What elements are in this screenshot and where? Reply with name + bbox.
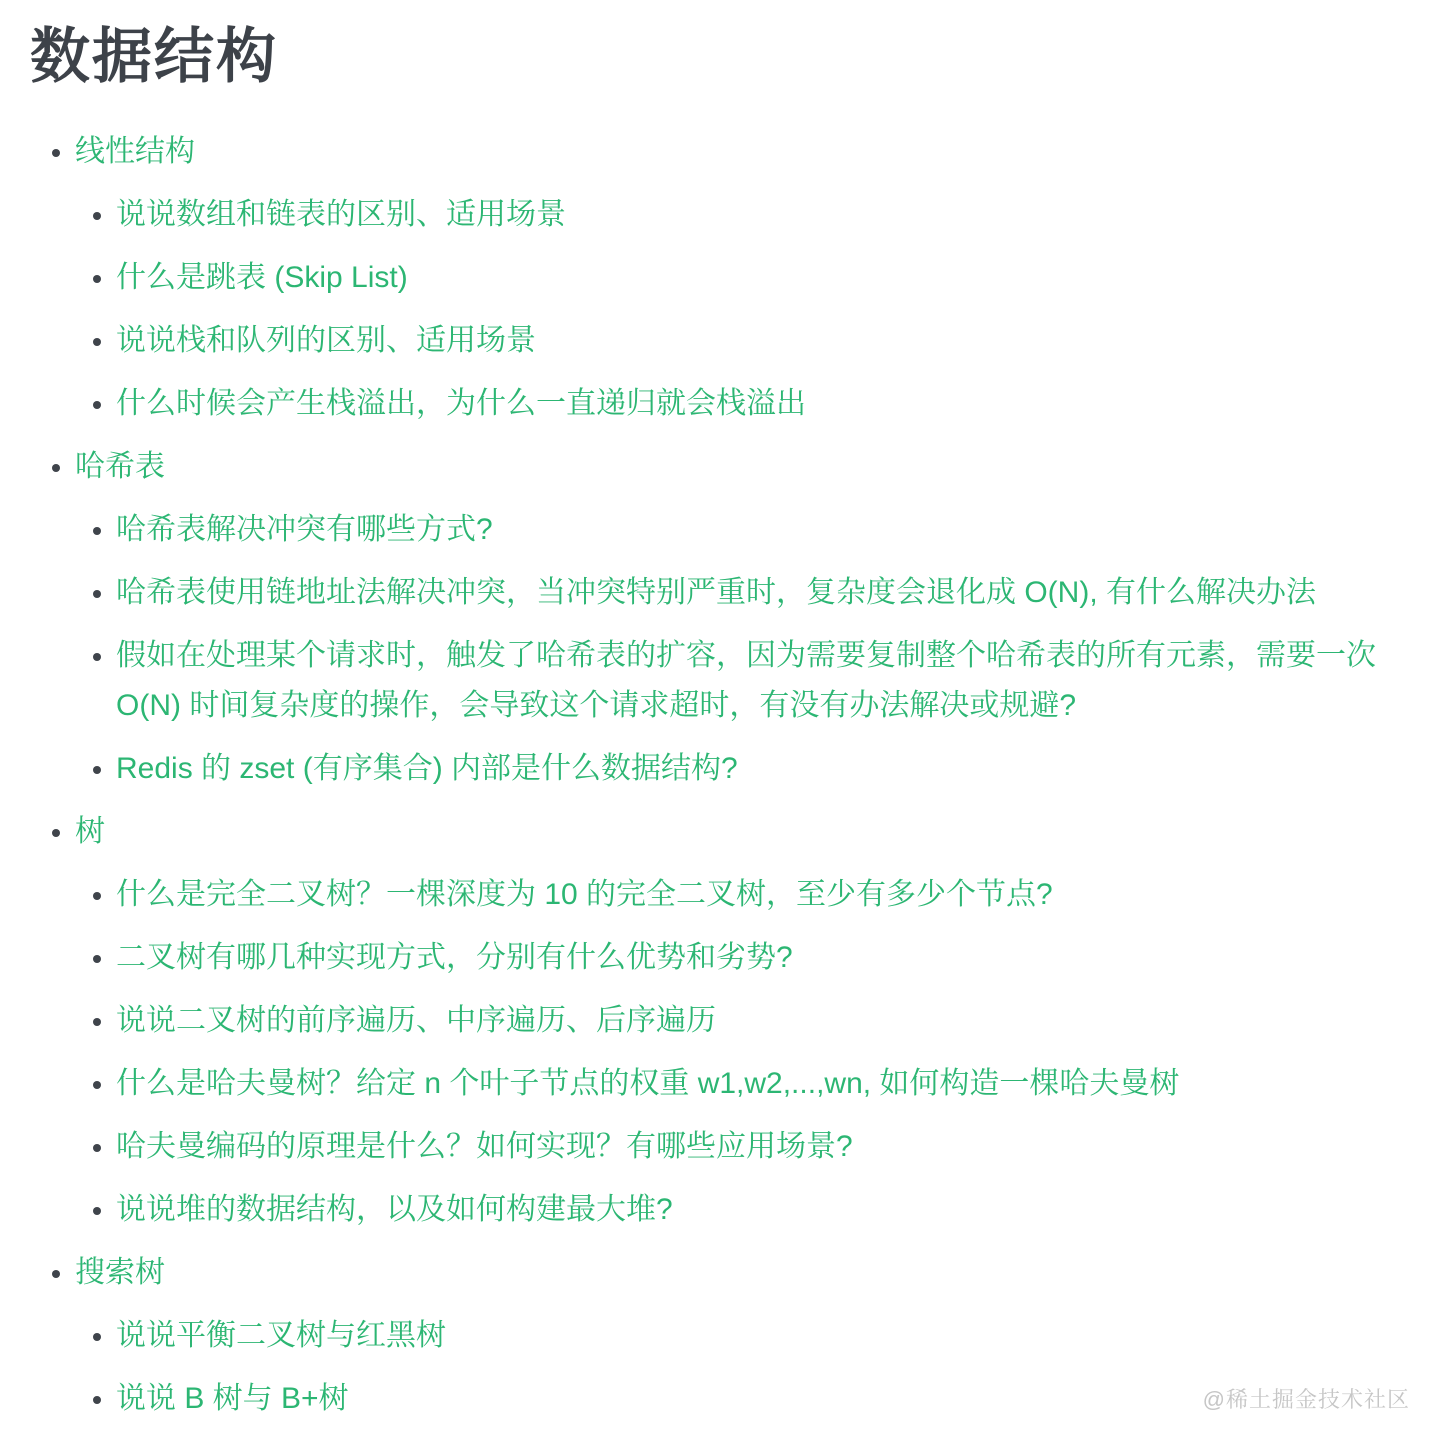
question-item: 说说数组和链表的区别、适用场景 bbox=[116, 190, 1386, 240]
question-item: 说说平衡二叉树与红黑树 bbox=[116, 1311, 1386, 1361]
question-link[interactable]: 哈希表使用链地址法解决冲突，当冲突特别严重时，复杂度会退化成 O(N), 有什么… bbox=[116, 576, 1316, 609]
question-link[interactable]: 说说二叉树的前序遍历、中序遍历、后序遍历 bbox=[116, 1004, 716, 1037]
section-question-list: 说说数组和链表的区别、适用场景什么是跳表 (Skip List)说说栈和队列的区… bbox=[75, 190, 1386, 429]
section-link[interactable]: 哈希表 bbox=[75, 450, 165, 483]
question-item: 哈希表使用链地址法解决冲突，当冲突特别严重时，复杂度会退化成 O(N), 有什么… bbox=[116, 568, 1386, 618]
question-item: 哈夫曼编码的原理是什么？如何实现？有哪些应用场景? bbox=[116, 1122, 1386, 1172]
question-item: 哈希表解决冲突有哪些方式? bbox=[116, 505, 1386, 555]
question-item: 说说堆的数据结构，以及如何构建最大堆? bbox=[116, 1185, 1386, 1235]
question-item: 什么是哈夫曼树？给定 n 个叶子节点的权重 w1,w2,...,wn, 如何构造… bbox=[116, 1059, 1386, 1109]
question-link[interactable]: 二叉树有哪几种实现方式，分别有什么优势和劣势? bbox=[116, 941, 793, 974]
question-item: 什么是完全二叉树？一棵深度为 10 的完全二叉树，至少有多少个节点? bbox=[116, 870, 1386, 920]
question-item: 二叉树有哪几种实现方式，分别有什么优势和劣势? bbox=[116, 933, 1386, 983]
article-page: 数据结构 线性结构说说数组和链表的区别、适用场景什么是跳表 (Skip List… bbox=[0, 0, 1440, 1440]
question-item: 什么是跳表 (Skip List) bbox=[116, 253, 1386, 303]
question-link[interactable]: 说说栈和队列的区别、适用场景 bbox=[116, 324, 536, 357]
question-link[interactable]: Redis 的 zset (有序集合) 内部是什么数据结构? bbox=[116, 752, 738, 785]
question-item: 假如在处理某个请求时，触发了哈希表的扩容，因为需要复制整个哈希表的所有元素，需要… bbox=[116, 631, 1386, 731]
question-item: 说说 B 树与 B+树 bbox=[116, 1374, 1386, 1424]
question-link[interactable]: 什么是完全二叉树？一棵深度为 10 的完全二叉树，至少有多少个节点? bbox=[116, 878, 1053, 911]
question-link[interactable]: 哈夫曼编码的原理是什么？如何实现？有哪些应用场景? bbox=[116, 1130, 853, 1163]
question-item: 什么时候会产生栈溢出，为什么一直递归就会栈溢出 bbox=[116, 379, 1386, 429]
question-link[interactable]: 假如在处理某个请求时，触发了哈希表的扩容，因为需要复制整个哈希表的所有元素，需要… bbox=[116, 639, 1376, 722]
outline-section: 搜索树说说平衡二叉树与红黑树说说 B 树与 B+树 bbox=[75, 1248, 1386, 1424]
section-link[interactable]: 搜索树 bbox=[75, 1256, 165, 1289]
question-item: 说说栈和队列的区别、适用场景 bbox=[116, 316, 1386, 366]
outline-section: 线性结构说说数组和链表的区别、适用场景什么是跳表 (Skip List)说说栈和… bbox=[75, 127, 1386, 429]
section-question-list: 什么是完全二叉树？一棵深度为 10 的完全二叉树，至少有多少个节点?二叉树有哪几… bbox=[75, 870, 1386, 1235]
outline-section: 树什么是完全二叉树？一棵深度为 10 的完全二叉树，至少有多少个节点?二叉树有哪… bbox=[75, 807, 1386, 1235]
section-link[interactable]: 线性结构 bbox=[75, 135, 195, 168]
question-item: Redis 的 zset (有序集合) 内部是什么数据结构? bbox=[116, 744, 1386, 794]
section-question-list: 哈希表解决冲突有哪些方式?哈希表使用链地址法解决冲突，当冲突特别严重时，复杂度会… bbox=[75, 505, 1386, 794]
question-link[interactable]: 说说 B 树与 B+树 bbox=[116, 1382, 349, 1415]
question-link[interactable]: 说说平衡二叉树与红黑树 bbox=[116, 1319, 446, 1352]
question-link[interactable]: 什么是跳表 (Skip List) bbox=[116, 261, 408, 294]
outline-section: 哈希表哈希表解决冲突有哪些方式?哈希表使用链地址法解决冲突，当冲突特别严重时，复… bbox=[75, 442, 1386, 794]
section-link[interactable]: 树 bbox=[75, 815, 105, 848]
question-link[interactable]: 什么是哈夫曼树？给定 n 个叶子节点的权重 w1,w2,...,wn, 如何构造… bbox=[116, 1067, 1179, 1100]
question-item: 说说二叉树的前序遍历、中序遍历、后序遍历 bbox=[116, 996, 1386, 1046]
watermark-text: @稀土掘金技术社区 bbox=[1203, 1383, 1410, 1414]
page-title: 数据结构 bbox=[30, 22, 1386, 91]
question-link[interactable]: 说说数组和链表的区别、适用场景 bbox=[116, 198, 566, 231]
question-link[interactable]: 什么时候会产生栈溢出，为什么一直递归就会栈溢出 bbox=[116, 387, 806, 420]
outline-list: 线性结构说说数组和链表的区别、适用场景什么是跳表 (Skip List)说说栈和… bbox=[30, 127, 1386, 1424]
question-link[interactable]: 哈希表解决冲突有哪些方式? bbox=[116, 513, 493, 546]
question-link[interactable]: 说说堆的数据结构，以及如何构建最大堆? bbox=[116, 1193, 673, 1226]
section-question-list: 说说平衡二叉树与红黑树说说 B 树与 B+树 bbox=[75, 1311, 1386, 1424]
